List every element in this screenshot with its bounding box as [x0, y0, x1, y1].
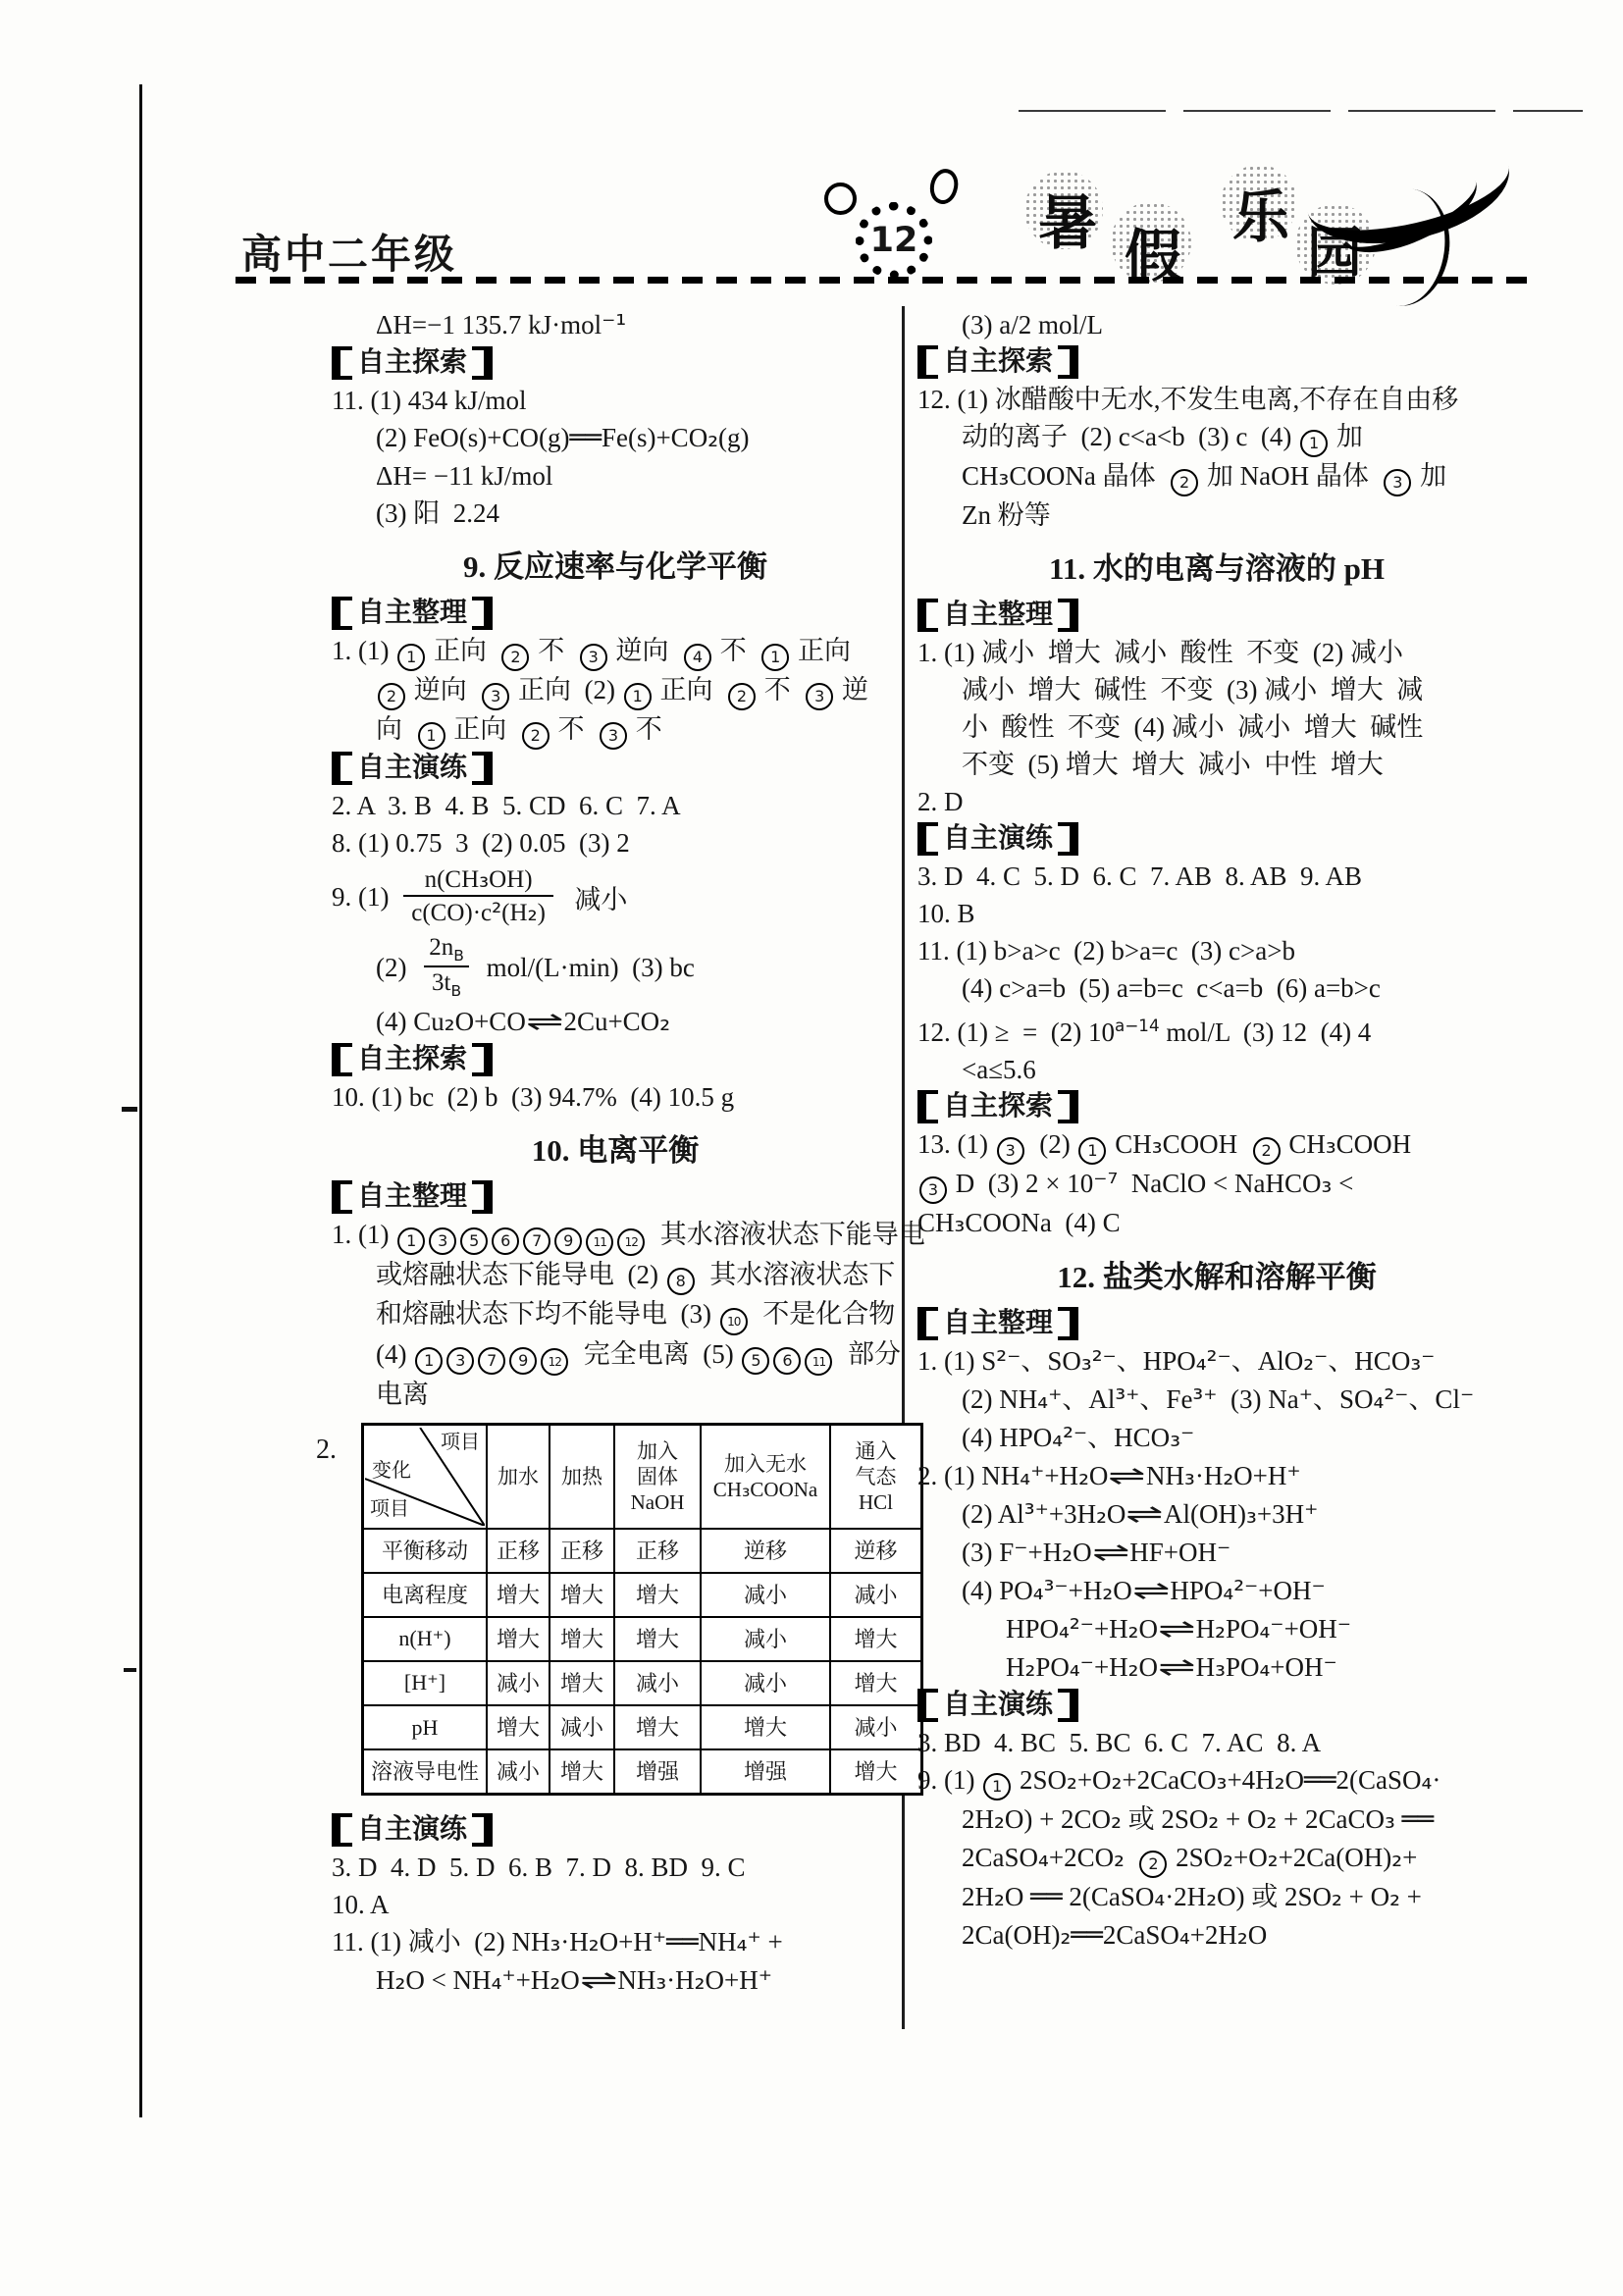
right-lens-bracket-icon — [1058, 1307, 1078, 1340]
circled-number: 2 — [1139, 1851, 1167, 1878]
table-column-header: 加水 — [487, 1425, 550, 1530]
formula-prefix: (2) — [376, 953, 413, 983]
section-subheader: 自主整理 — [332, 595, 899, 632]
circled-number: 3 — [482, 683, 509, 710]
chem-symbol: ₃ — [1246, 1499, 1257, 1530]
right-lens-bracket-icon — [1058, 599, 1078, 632]
subheader-label: 自主整理 — [943, 1305, 1053, 1342]
answer-line: 2. A 3. B 4. B 5. CD 6. C 7. A — [332, 787, 899, 824]
answer-line: 3 D (3) 2 × 10⁻⁷ NaClO < NaHCO₃ < — [917, 1165, 1516, 1204]
equilibrium-arrow: ⇌ — [1158, 1611, 1195, 1648]
table-column-header: 加热 — [550, 1425, 614, 1530]
answer-line: (3) 阳 2.24 — [332, 495, 899, 532]
chem-symbol: ⁺ — [1299, 1384, 1313, 1415]
chem-symbol: ⁻ — [1054, 1576, 1068, 1606]
table-row-label: n(H⁺) — [363, 1617, 488, 1661]
table-column-header: 通入 气态 HCl — [830, 1425, 922, 1530]
chem-symbol: ₄ — [492, 1965, 502, 1996]
chem-symbol: ⁺ — [427, 1671, 439, 1696]
circled-number: 1 — [1300, 430, 1328, 457]
circled-number: 10 — [720, 1308, 748, 1335]
chem-symbol: ⁺ — [1286, 1461, 1300, 1491]
table-row: 溶液导电性减小增大增强增强增大 — [363, 1749, 922, 1795]
chem-symbol: ⁺ — [1035, 1499, 1049, 1530]
chem-symbol: ₃ — [955, 1208, 966, 1238]
chem-symbol: ₄ — [1374, 1384, 1385, 1415]
chem-symbol: ⁺ — [1030, 1461, 1044, 1491]
circled-number: 6 — [773, 1347, 801, 1375]
table-corner-cell: 项目变化项目 — [363, 1425, 488, 1530]
chem-symbol: ⁻ — [1270, 1614, 1283, 1644]
table-cell: 增大 — [830, 1661, 922, 1705]
chem-symbol: ⁺ — [1304, 1499, 1318, 1530]
item-number: 2. — [316, 1435, 337, 1466]
margin-tick — [124, 1668, 136, 1672]
chem-symbol: ³ — [1192, 1384, 1203, 1415]
answer-line: 3. D 4. C 5. D 6. C 7. AB 8. AB 9. AB — [917, 858, 1516, 895]
answer-line: 10. B — [917, 895, 1516, 932]
circled-number: 12 — [541, 1348, 568, 1376]
section-title: 10. 电离平衡 — [332, 1129, 899, 1173]
chem-symbol: ⁺ — [653, 1927, 666, 1957]
table-cell: 增大 — [487, 1705, 550, 1749]
chem-symbol: ₂ — [1237, 1920, 1248, 1951]
chem-symbol: ₄ — [1196, 1346, 1207, 1377]
chem-symbol: ₂ — [659, 1007, 670, 1037]
chem-symbol: ₂ — [1389, 1882, 1400, 1912]
chem-symbol: ₃ — [1322, 1169, 1333, 1199]
left-lens-bracket-icon — [332, 597, 352, 630]
table-cell: 增大 — [550, 1573, 614, 1617]
left-lens-bracket-icon — [332, 752, 352, 785]
logo-character: 暑 — [1038, 177, 1097, 261]
chem-symbol: ₂ — [1268, 1843, 1279, 1873]
answer-line: H₂O < NH₄⁺+H₂O⇌NH₃·H₂O+H⁺ — [332, 1961, 899, 2000]
table-cell: 增大 — [830, 1749, 922, 1795]
table-cell: 减小 — [550, 1705, 614, 1749]
chem-symbol: ₂ — [1025, 1652, 1036, 1683]
chem-symbol: ₂ — [994, 1804, 1005, 1835]
chem-symbol: ₄ — [1052, 1423, 1063, 1453]
chem-symbol: ₂ — [589, 1927, 600, 1957]
subscript: B — [453, 947, 464, 965]
chem-symbol: ═ — [1418, 1804, 1434, 1835]
answer-line: (2) FeO(s)+CO(g)══Fe(s)+CO₂(g) — [332, 419, 899, 457]
circled-number: 1 — [983, 1773, 1011, 1800]
left-lens-bracket-icon — [917, 822, 938, 856]
chem-symbol: ⁻ — [1244, 1576, 1258, 1606]
answer-line: (3) a/2 mol/L — [917, 306, 1516, 343]
badge-decoration-circle — [824, 183, 857, 215]
chem-symbol: ⁺ — [759, 1965, 772, 1996]
chem-symbol: ₄ — [1154, 1882, 1165, 1912]
equilibrium-arrow: ⇌ — [1126, 1496, 1163, 1534]
chem-symbol: ⁺ — [433, 1627, 445, 1651]
equilibrium-arrow: ⇌ — [1158, 1649, 1195, 1687]
chem-symbol: ₂ — [707, 423, 718, 453]
answer-line: 减小 增大 碱性 不变 (3) 减小 增大 减 — [917, 671, 1516, 708]
badge-decoration-balloon — [925, 166, 963, 208]
answer-line: (4) Cu₂O+CO⇌2Cu+CO₂ — [332, 1003, 899, 1041]
chem-symbol: ₂ — [1112, 1765, 1123, 1796]
chem-symbol: ₂ — [1111, 1804, 1122, 1835]
section-subheader: 自主演练 — [332, 750, 899, 787]
answer-line: 13. (1) 3 (2) 1 CH₃COOH 2 CH₃COOH — [917, 1125, 1516, 1165]
circled-number: 2 — [1171, 469, 1198, 496]
table-cell: 减小 — [830, 1573, 922, 1617]
chem-symbol: ₂ — [1332, 1882, 1342, 1912]
table-header-row: 项目变化项目加水加热加入 固体 NaOH加入无水 CH₃COONa通入 气态 H… — [363, 1425, 922, 1530]
section-subheader: 自主整理 — [917, 1305, 1516, 1342]
equilibrium-arrow: ⇌ — [1132, 1573, 1170, 1610]
fraction-denominator: 3tB — [424, 965, 469, 1002]
table-row-label: [H⁺] — [363, 1661, 488, 1705]
fraction-numerator: 2nB — [421, 933, 472, 965]
chem-symbol: ₃ — [1152, 1129, 1163, 1160]
circled-number: 1 — [415, 1347, 443, 1375]
chem-symbol: ³ — [1044, 1576, 1055, 1606]
scan-edge-line — [139, 84, 142, 2117]
circled-number: 12 — [617, 1228, 645, 1256]
chem-symbol: ₂ — [1223, 1843, 1233, 1873]
chem-symbol: ₂ — [1062, 1538, 1073, 1568]
table-row: 电离程度增大增大增大减小减小 — [363, 1573, 922, 1617]
chem-symbol: ² — [1070, 1614, 1080, 1644]
table-row: 平衡移动正移正移正移逆移逆移 — [363, 1529, 922, 1573]
subheader-label: 自主演练 — [943, 820, 1053, 858]
chem-symbol: ₄ — [1033, 1576, 1044, 1606]
formula-suffix: mol/(L·min) (3) bc — [480, 953, 695, 983]
formula-line: (2) 2nB3tB mol/(L·min) (3) bc — [332, 932, 899, 1003]
left-lens-bracket-icon — [917, 1090, 938, 1123]
answer-line: 8. (1) 0.75 3 (2) 0.05 (3) 2 — [332, 824, 899, 861]
right-lens-bracket-icon — [1058, 822, 1078, 856]
right-lens-bracket-icon — [472, 1043, 493, 1076]
chem-symbol: ₃ — [1410, 1346, 1421, 1377]
circled-number: 2 — [728, 683, 756, 710]
chem-symbol: ₂ — [1266, 1804, 1277, 1835]
chem-symbol: ₂ — [994, 1882, 1005, 1912]
chem-symbol: ₃ — [1326, 1129, 1336, 1160]
circled-number: 1 — [761, 644, 789, 671]
circled-number: 3 — [600, 722, 627, 750]
left-lens-bracket-icon — [332, 1813, 352, 1847]
right-lens-bracket-icon — [1058, 1689, 1078, 1722]
table-cell: 减小 — [830, 1705, 922, 1749]
decorative-top-line — [1019, 110, 1583, 112]
chem-symbol: ⁷ — [1107, 1169, 1118, 1199]
right-lens-bracket-icon — [472, 1180, 493, 1214]
chem-symbol: ² — [1233, 1576, 1244, 1606]
formula-prefix: 9. (1) — [332, 882, 395, 913]
table-cell: 增大 — [487, 1617, 550, 1661]
table-row: pH增大减小增大增大减小 — [363, 1705, 922, 1749]
left-lens-bracket-icon — [332, 346, 352, 380]
chem-symbol: ₂ — [1128, 1614, 1139, 1644]
chem-symbol: ═ — [682, 1927, 698, 1957]
table-cell: 减小 — [614, 1661, 701, 1705]
chem-symbol: ₂ — [1206, 1882, 1217, 1912]
subheader-label: 自主演练 — [943, 1687, 1053, 1724]
chem-symbol: ⁻ — [1460, 1384, 1474, 1415]
section-subheader: 自主探索 — [917, 343, 1516, 381]
answer-line: 或熔融状态下能导电 (2) 8 其水溶液状态下 — [332, 1256, 899, 1295]
answer-line: 不变 (5) 增大 增大 减小 中性 增大 — [917, 746, 1516, 783]
chem-symbol: ⁻ — [1103, 1346, 1117, 1377]
chem-symbol: ₂ — [1096, 1499, 1107, 1530]
fraction: n(CH₃OH)c(CO)·c²(H₂) — [403, 864, 553, 929]
answer-line: 9. (1) 1 2SO₂+O₂+2CaCO₃+4H₂O══2(CaSO₄· — [917, 1761, 1516, 1800]
table-cell: 逆移 — [701, 1529, 830, 1573]
chem-symbol: ⁻ — [1014, 1538, 1027, 1568]
answer-line: Zn 粉等 — [917, 496, 1516, 534]
section-title: 9. 反应速率与化学平衡 — [332, 546, 899, 589]
corner-label: 项目 — [370, 1497, 409, 1522]
chem-symbol: ₂ — [1060, 1920, 1071, 1951]
chem-symbol: ¹ — [615, 310, 626, 340]
table-cell: 增大 — [830, 1617, 922, 1661]
answer-line: 12. (1) 冰醋酸中无水,不发生电离,不存在自由移 — [917, 381, 1516, 418]
subheader-label: 自主探索 — [357, 1041, 467, 1078]
left-lens-bracket-icon — [917, 1307, 938, 1340]
answer-line: ΔH= −11 kJ/mol — [332, 457, 899, 495]
chem-symbol: ² — [492, 898, 501, 926]
right-lens-bracket-icon — [1058, 1090, 1078, 1123]
chem-symbol: ⁻ — [1180, 1423, 1194, 1453]
margin-tick — [122, 1107, 137, 1112]
circled-number: 1 — [1078, 1137, 1106, 1165]
circled-number: 5 — [742, 1347, 769, 1375]
section-subheader: 自主演练 — [332, 1811, 899, 1849]
chem-symbol: ═ — [1030, 1882, 1046, 1912]
equilibrium-arrow: ⇌ — [580, 1962, 617, 2000]
answer-line: 2H₂O) + 2CO₂ 或 2SO₂ + O₂ + 2CaCO₃ ══ — [917, 1800, 1516, 1839]
chem-symbol: ₃ — [1385, 1804, 1395, 1835]
table-cell: 增大 — [550, 1617, 614, 1661]
chem-symbol: ₃ — [550, 1927, 560, 1957]
table-cell: 正移 — [550, 1529, 614, 1573]
chem-symbol: ₂ — [1208, 1804, 1219, 1835]
chem-symbol: ₃ — [1184, 1461, 1195, 1491]
chem-symbol: ₃ — [655, 1965, 666, 1996]
subheader-label: 自主演练 — [357, 750, 467, 787]
chem-symbol: ⁻ — [1337, 1614, 1351, 1644]
subheader-label: 自主演练 — [357, 1811, 467, 1849]
table-cell: 减小 — [701, 1573, 830, 1617]
circled-number: 1 — [397, 1227, 425, 1255]
circled-number: 7 — [523, 1227, 550, 1255]
answer-line: 3. D 4. D 5. D 6. B 7. D 8. BD 9. C — [332, 1849, 899, 1886]
chem-symbol: ═ — [1402, 1804, 1418, 1835]
section-title: 12. 盐类水解和溶解平衡 — [917, 1256, 1516, 1299]
left-lens-bracket-icon — [332, 1180, 352, 1214]
answer-line: 1. (1) 1 正向 2 不 3 逆向 4 不 1 正向 — [332, 632, 899, 671]
answer-line: 10. (1) bc (2) b (3) 94.7% (4) 10.5 g — [332, 1078, 899, 1116]
answer-line: 向 1 正向 2 不 3 不 — [332, 710, 899, 750]
chem-symbol: ₄ — [1037, 1384, 1048, 1415]
chem-symbol: ⁻ — [1217, 1538, 1230, 1568]
right-lens-bracket-icon — [472, 1813, 493, 1847]
table-cell: 增大 — [701, 1705, 830, 1749]
subheader-label: 自主探索 — [357, 344, 467, 382]
table-row-label: 溶液导电性 — [363, 1749, 488, 1795]
answer-line: 1. (1) S²⁻、SO₃²⁻、HPO₄²⁻、AlO₂⁻、HCO₃⁻ — [917, 1342, 1516, 1381]
left-lens-bracket-icon — [917, 345, 938, 379]
right-column: (3) a/2 mol/L自主探索12. (1) 冰醋酸中无水,不发生电离,不存… — [917, 306, 1516, 1955]
series-logo: 暑 假 乐 园 — [1011, 145, 1501, 292]
chem-symbol: ⁻ — [1080, 1652, 1094, 1683]
table-cell: 增大 — [550, 1661, 614, 1705]
answer-line: 10. A — [332, 1886, 899, 1923]
table-cell: 增大 — [487, 1573, 550, 1617]
chem-symbol: ₂ — [1114, 1843, 1125, 1873]
left-column: ΔH=−1 135.7 kJ·mol⁻¹自主探索11. (1) 434 kJ/m… — [332, 306, 899, 2000]
answer-line: 2. D — [917, 783, 1516, 820]
corner-label: 项目 — [441, 1431, 480, 1455]
equilibrium-arrow: ⇌ — [1092, 1535, 1129, 1572]
subheader-label: 自主探索 — [943, 343, 1053, 381]
answer-line: 和熔融状态下均不能导电 (3) 10 不是化合物 — [332, 1295, 899, 1335]
subheader-label: 自主探索 — [943, 1088, 1053, 1125]
ionization-equilibrium-table: 项目变化项目加水加热加入 固体 NaOH加入无水 CH₃COONa通入 气态 H… — [361, 1423, 923, 1796]
answer-line: (2) NH₄⁺、Al³⁺、Fe³⁺ (3) Na⁺、SO₄²⁻、Cl⁻ — [917, 1381, 1516, 1419]
table-column-header: 加入 固体 NaOH — [614, 1425, 701, 1530]
chem-symbol: ⁻ — [1394, 1384, 1408, 1415]
table-cell: 增大 — [614, 1573, 701, 1617]
answer-line: 11. (1) 减小 (2) NH₃·H₂O+H⁺══NH₄⁺ + — [332, 1923, 899, 1961]
answer-line: 2. (1) NH₄⁺+H₂O⇌NH₃·H₂O+H⁺ — [917, 1457, 1516, 1495]
circled-number: 2 — [1253, 1137, 1281, 1165]
chem-symbol: ₄ — [1020, 1461, 1030, 1491]
subheader-label: 自主整理 — [943, 597, 1053, 634]
chem-symbol: ³ — [1115, 1384, 1126, 1415]
chem-symbol: ⁺ — [1126, 1384, 1139, 1415]
chem-symbol: ═ — [1087, 1920, 1103, 1951]
chem-symbol: ═ — [666, 1927, 682, 1957]
chem-symbol: ⁻ — [1080, 1614, 1094, 1644]
chem-symbol: ₃ — [742, 1478, 750, 1501]
answer-line: 2CaSO₄+2CO₂ 2 2SO₂+O₂+2Ca(OH)₂+ — [917, 1839, 1516, 1878]
answer-line: (4) 137912 完全电离 (5) 5611 部分 — [332, 1335, 899, 1376]
left-lens-bracket-icon — [917, 599, 938, 632]
circled-number: 3 — [919, 1176, 947, 1204]
answer-line: 2Ca(OH)₂══2CaSO₄+2H₂O — [917, 1916, 1516, 1955]
chem-symbol: ₄ — [1059, 1614, 1070, 1644]
table-cell: 增大 — [614, 1617, 701, 1661]
left-lens-bracket-icon — [332, 1043, 352, 1076]
answer-line: CH₃COONa (4) C — [917, 1204, 1516, 1242]
circled-number: 9 — [554, 1227, 582, 1255]
table-cell: 减小 — [487, 1749, 550, 1795]
circled-number: 4 — [684, 644, 711, 671]
ionization-table-block: 2.项目变化项目加水加热加入 固体 NaOH加入无水 CH₃COONa通入 气态… — [361, 1423, 899, 1796]
left-lens-bracket-icon — [917, 1689, 938, 1722]
chem-symbol: ⁺ — [501, 1965, 515, 1996]
answer-line: 11. (1) 434 kJ/mol — [332, 382, 899, 419]
corner-label: 变化 — [372, 1459, 411, 1484]
answer-line: (4) c>a=b (5) a=b=c c<a=b (6) a=b>c — [917, 969, 1516, 1007]
table-row-label: 电离程度 — [363, 1573, 488, 1617]
circled-number: 3 — [997, 1137, 1024, 1165]
table-cell: 增大 — [614, 1705, 701, 1749]
subheader-label: 自主整理 — [357, 1178, 467, 1216]
section-subheader: 自主演练 — [917, 820, 1516, 858]
table-row-label: pH — [363, 1705, 488, 1749]
circled-number: 3 — [580, 644, 607, 671]
chem-symbol: ═ — [586, 423, 602, 453]
answer-line: <a≤5.6 — [917, 1051, 1516, 1088]
chem-symbol: ² — [1092, 1346, 1103, 1377]
table-cell: 增大 — [550, 1749, 614, 1795]
header-dashed-divider — [236, 277, 1536, 284]
circled-number: 11 — [586, 1228, 613, 1256]
page-number-badge: 12 — [856, 202, 932, 279]
chem-symbol: ₄ — [1259, 1652, 1270, 1683]
right-lens-bracket-icon — [1058, 345, 1078, 379]
right-lens-bracket-icon — [472, 346, 493, 380]
chem-symbol: ⁻ — [1314, 1346, 1328, 1377]
table-cell: 减小 — [701, 1661, 830, 1705]
answer-line: H₂PO₄⁻+H₂O⇌H₃PO₄+OH⁻ — [917, 1648, 1516, 1687]
chem-symbol: ₂ — [1128, 1652, 1139, 1683]
chem-symbol: ₂ — [695, 1965, 706, 1996]
answer-line: 1. (1) 1356791112 其水溶液状态下能导电 — [332, 1216, 899, 1256]
answer-line: 小 酸性 不变 (4) 减小 减小 增大 碱性 — [917, 708, 1516, 746]
chem-symbol: ₂ — [395, 1965, 406, 1996]
chem-symbol: ₄ — [1070, 1652, 1080, 1683]
chem-symbol: ═ — [569, 423, 585, 453]
chem-symbol: ⁺ — [1203, 1384, 1217, 1415]
answer-line: 2 逆向 3 正向 (2) 1 正向 2 不 3 逆 — [332, 671, 899, 710]
circled-number: 1 — [397, 644, 425, 671]
fraction-denominator: c(CO)·c²(H₂) — [403, 895, 553, 929]
chem-symbol: ₂ — [1067, 1765, 1077, 1796]
chem-symbol: ² — [1207, 1346, 1218, 1377]
table-cell: 正移 — [487, 1529, 550, 1573]
circled-number: 1 — [418, 722, 445, 750]
chem-symbol: ⁻ — [1073, 1423, 1087, 1453]
table-column-header: 加入无水 CH₃COONa — [701, 1425, 830, 1530]
chem-symbol: ═ — [1046, 1882, 1062, 1912]
chem-symbol: ₄ — [737, 1927, 748, 1957]
circled-number: 3 — [429, 1227, 456, 1255]
answer-line: 电离 — [332, 1376, 899, 1413]
chem-symbol: ₂ — [1078, 1461, 1089, 1491]
answer-line: 动的离子 (2) c<a<b (3) c (4) 1 加 — [917, 418, 1516, 457]
chem-symbol: ₂ — [1223, 1461, 1233, 1491]
subheader-label: 自主整理 — [357, 595, 467, 632]
chem-symbol: ² — [1384, 1384, 1394, 1415]
chem-symbol: ₂ — [1215, 1614, 1226, 1644]
chem-symbol: ₄ — [1179, 1920, 1190, 1951]
answer-line: (4) HPO₄²⁻、HCO₃⁻ — [917, 1419, 1516, 1457]
grade-label: 高中二年级 — [241, 222, 457, 280]
circled-number: 3 — [1384, 469, 1411, 496]
table-cell: 减小 — [701, 1617, 830, 1661]
chem-symbol: ═ — [1320, 1765, 1335, 1796]
chem-symbol: ═ — [1071, 1920, 1086, 1951]
chem-symbol: ⁺ — [747, 1927, 760, 1957]
chem-symbol: ⁻ — [1324, 1652, 1337, 1683]
chem-symbol: ₂ — [550, 1965, 560, 1996]
answer-line: (2) Al³⁺+3H₂O⇌Al(OH)₃+3H⁺ — [917, 1495, 1516, 1534]
chem-symbol: ⁺ — [1048, 1384, 1062, 1415]
workbook-answer-page: 高中二年级 12 暑 假 乐 园 ΔH=−1 135.7 kJ·mol⁻¹自主探… — [0, 0, 1623, 2296]
chem-symbol: ₂ — [445, 1007, 455, 1037]
answer-line: 3. BD 4. BC 5. BC 6. C 7. AC 8. A — [917, 1724, 1516, 1761]
answer-line: 11. (1) b>a>c (2) b>a=c (3) c>a>b — [917, 932, 1516, 969]
chem-symbol: ₄ — [1223, 1576, 1233, 1606]
